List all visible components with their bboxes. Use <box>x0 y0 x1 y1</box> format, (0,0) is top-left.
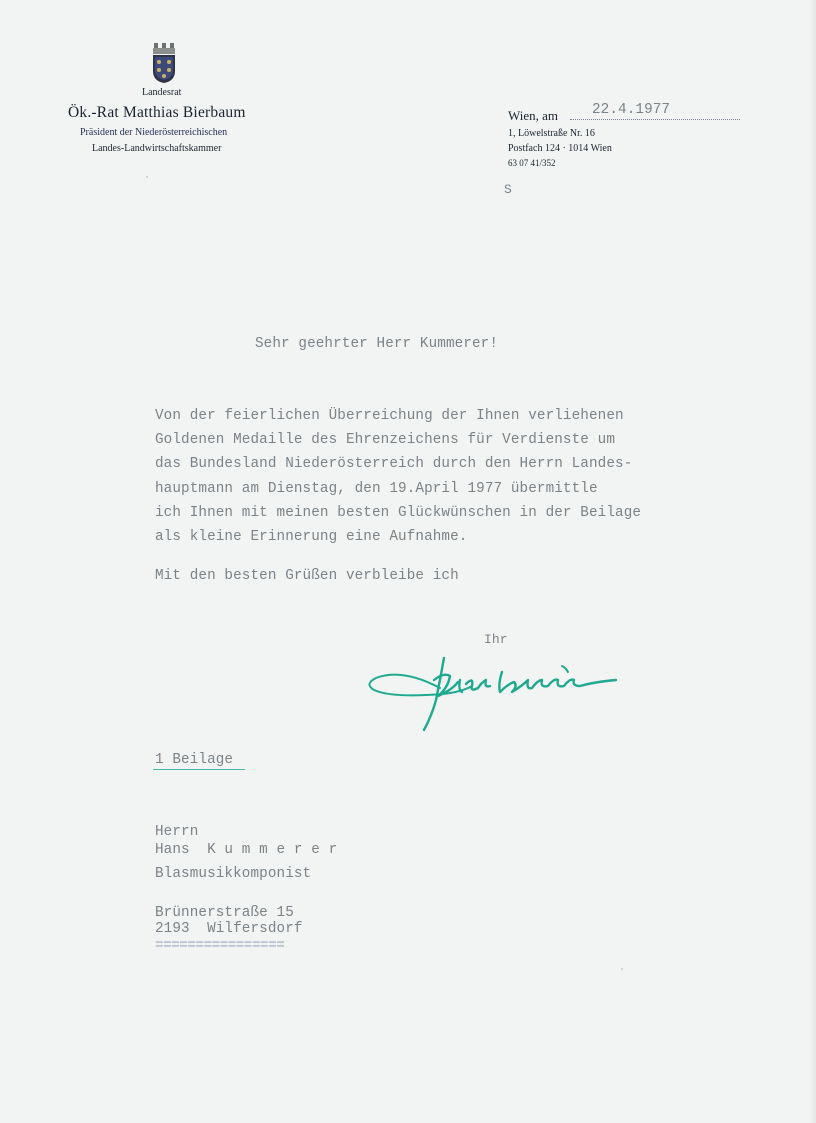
recipient-city: 2193 Wilfersdorf <box>155 921 303 937</box>
letterhead-title: Landesrat <box>142 87 181 98</box>
recipient-salutation: Herrn <box>155 824 198 840</box>
body-line: hauptmann am Dienstag, den 19.April 1977… <box>155 481 598 497</box>
body-line: Von der feierlichen Überreichung der Ihn… <box>155 408 624 424</box>
date-dotted-line <box>570 119 740 120</box>
paper-speck <box>621 968 623 970</box>
enclosure-note: 1 Beilage <box>155 752 233 768</box>
recipient-street: Brünnerstraße 15 <box>155 905 294 921</box>
sign-off: Ihr <box>484 632 508 647</box>
salutation: Sehr geehrter Herr Kummerer! <box>255 336 498 352</box>
recipient-rule: ================ <box>155 938 284 954</box>
sender-address-line1: 1, Löwelstraße Nr. 16 <box>508 128 595 139</box>
handwritten-signature-icon <box>362 650 632 735</box>
letterhead-name: Ök.-Rat Matthias Bierbaum <box>68 104 246 122</box>
sender-phone: 63 07 41/352 <box>508 158 556 168</box>
recipient-name: Hans K u m m e r e r <box>155 842 337 858</box>
place-label: Wien, am <box>508 108 558 124</box>
body-line: das Bundesland Niederösterreich durch de… <box>155 456 632 472</box>
recipient-profession: Blasmusikkomponist <box>155 866 311 882</box>
body-line: als kleine Erinnerung eine Aufnahme. <box>155 529 467 545</box>
sender-address-line2: Postfach 124 · 1014 Wien <box>508 143 612 154</box>
paper-speck <box>146 176 148 178</box>
enclosure-underline <box>153 768 245 770</box>
letterhead-position-line2: Landes-Landwirtschaftskammer <box>92 143 221 154</box>
letter-date: 22.4.1977 <box>592 102 670 118</box>
coat-of-arms-icon <box>151 43 177 83</box>
body-line: ich Ihnen mit meinen besten Glückwünsche… <box>155 505 641 521</box>
body-line: Goldenen Medaille des Ehrenzeichens für … <box>155 432 615 448</box>
reference-mark: S <box>504 182 512 197</box>
letterhead-position-line1: Präsident der Niederösterreichischen <box>80 127 227 138</box>
letter-page: Landesrat Ök.-Rat Matthias Bierbaum Präs… <box>0 0 816 1123</box>
closing-line: Mit den besten Grüßen verbleibe ich <box>155 568 459 584</box>
